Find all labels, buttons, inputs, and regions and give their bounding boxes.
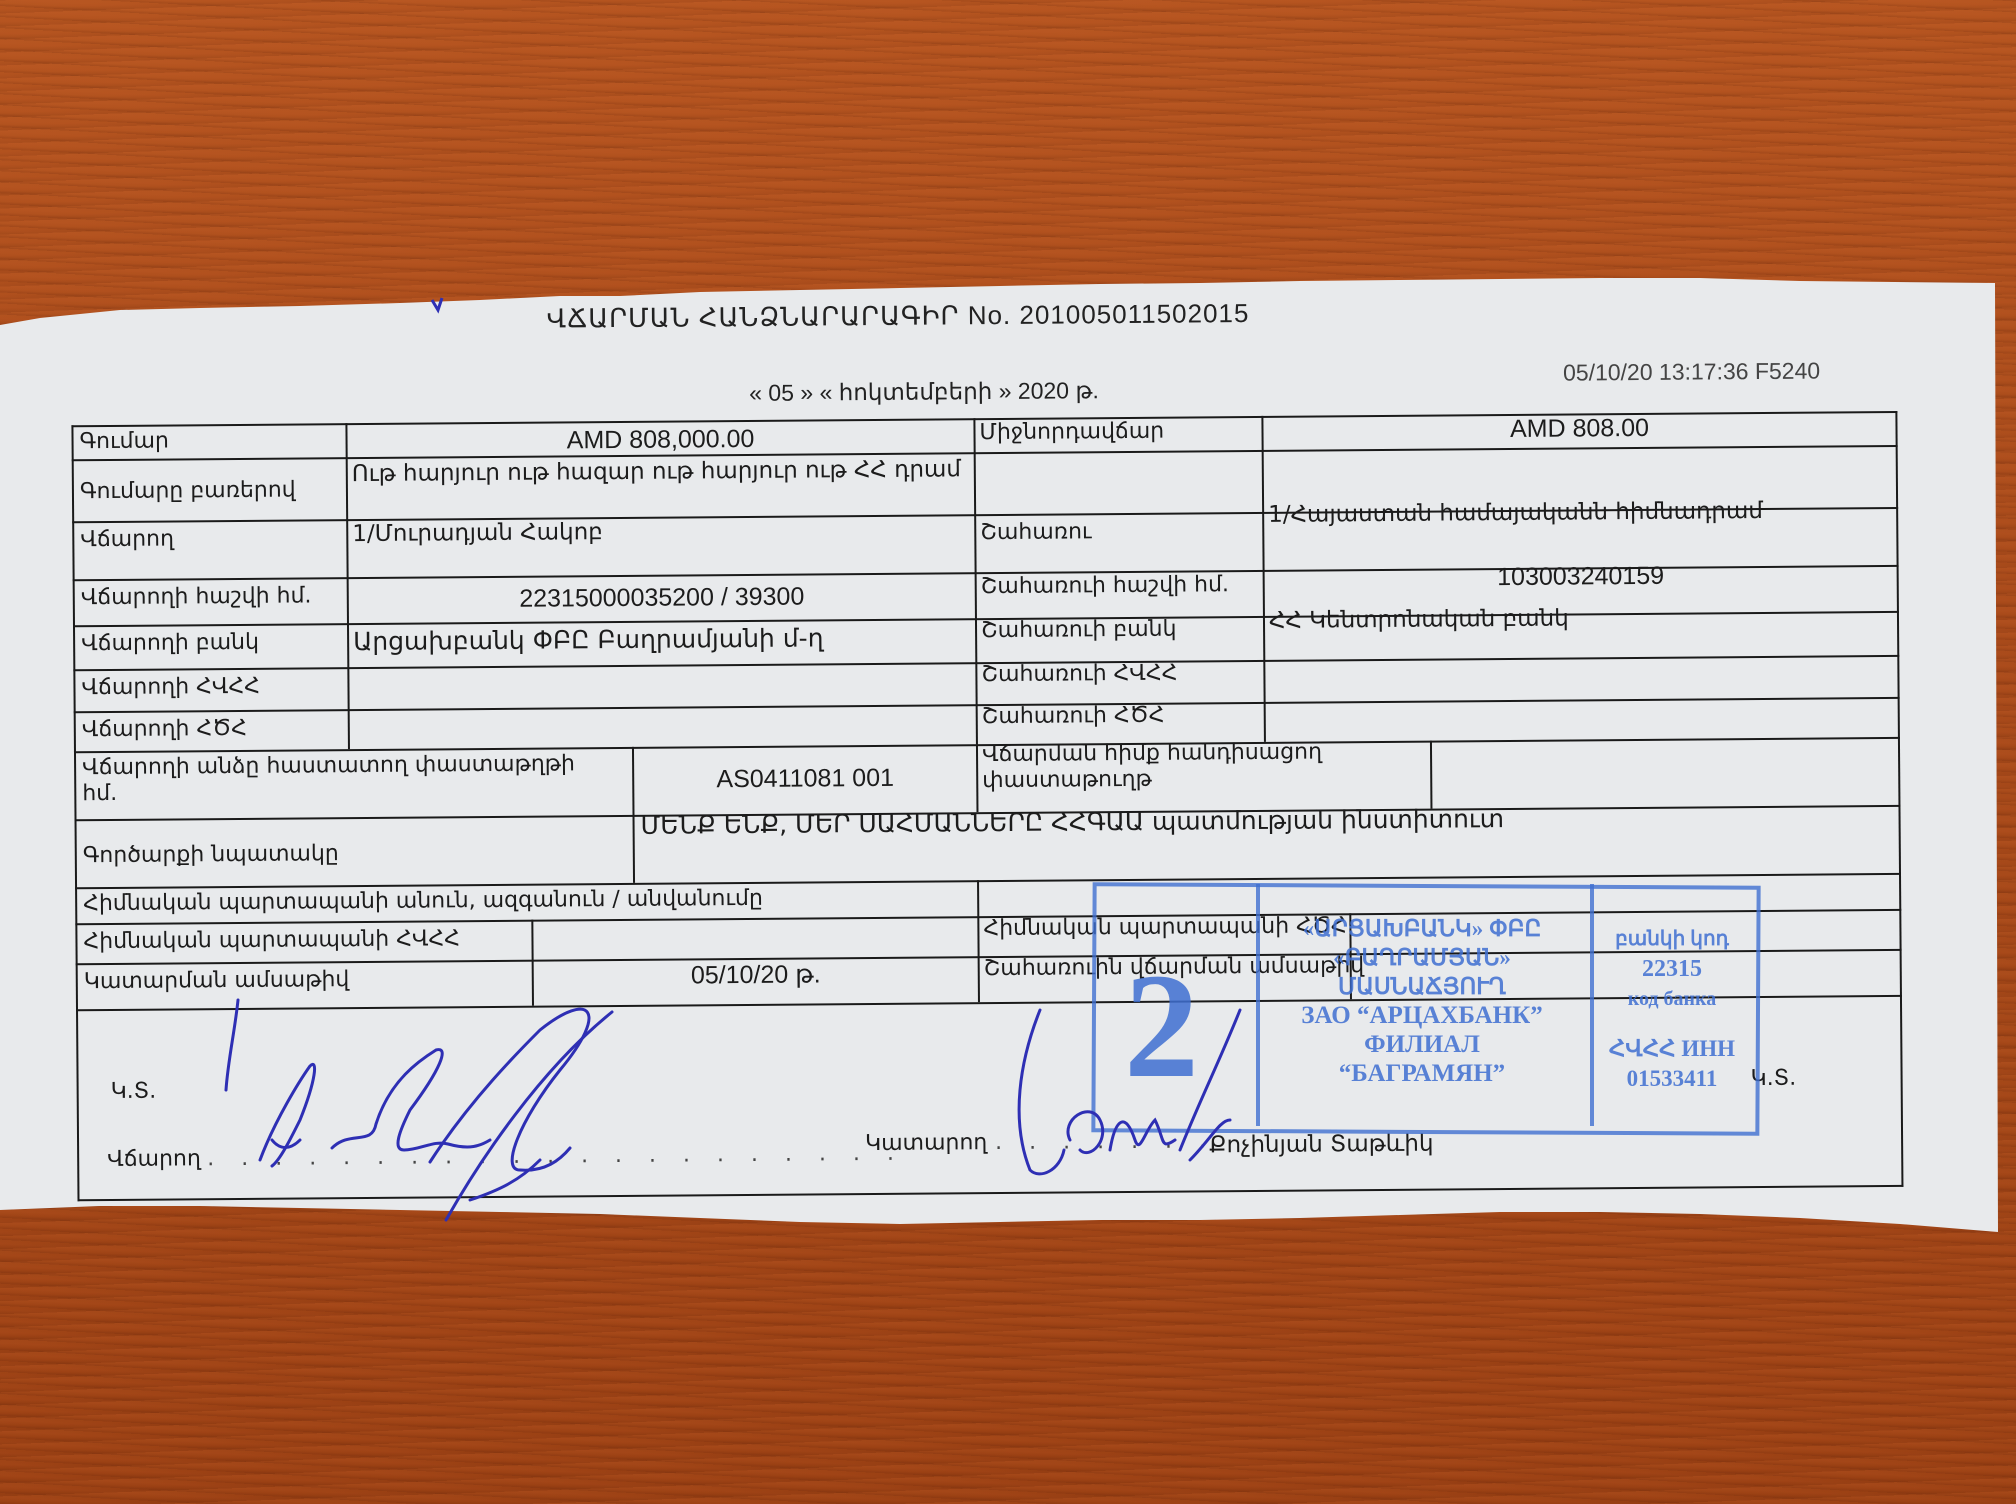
pen-mark: [432, 298, 442, 310]
signatures-handwritten: [0, 0, 2016, 1504]
payer-signature: [226, 1000, 612, 1220]
executor-signature: [1019, 1010, 1240, 1174]
